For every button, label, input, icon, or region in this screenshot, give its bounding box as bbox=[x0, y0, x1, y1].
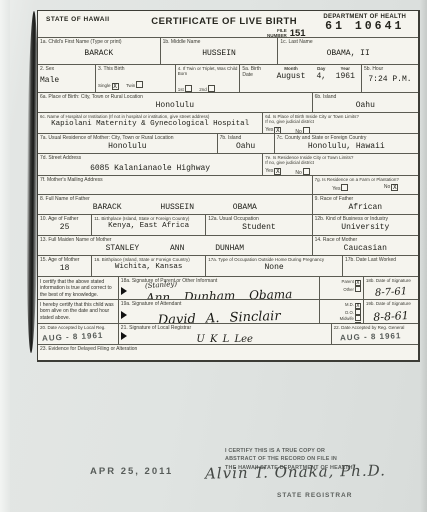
field-label: 7d. Street Address bbox=[40, 155, 260, 161]
field-value: HUSSEIN bbox=[163, 49, 276, 58]
no-checkbox bbox=[303, 168, 310, 175]
field-label: 19a. Signature of Attendant bbox=[121, 301, 317, 307]
field-value: Student bbox=[208, 223, 309, 232]
field-label: 7c. County and State or Foreign Country bbox=[277, 135, 416, 141]
option-label: Other bbox=[343, 323, 353, 324]
year-value: 1961 bbox=[332, 72, 359, 81]
field-mother-maiden-name: 13. Full Maiden Name of Mother STANLEY A… bbox=[38, 236, 312, 255]
field-label: 5b. Hour bbox=[364, 66, 416, 72]
no-label: No bbox=[295, 129, 301, 133]
no-label: No bbox=[384, 184, 390, 190]
field-value: Kapiolani Maternity & Gynecological Hosp… bbox=[40, 120, 260, 128]
field-label: 14. Race of Mother bbox=[315, 237, 416, 243]
field-value: STANLEY ANN DUNHAM bbox=[40, 244, 310, 253]
field-child-first-name: 1a. Child's First Name (Type or print) B… bbox=[38, 38, 160, 64]
no-label: No bbox=[295, 170, 301, 175]
twin-checkbox bbox=[136, 81, 143, 88]
field-mailing-address: 7f. Mother's Mailing Address bbox=[38, 176, 312, 194]
field-label: 6a. Place of Birth: City, Town or Rural … bbox=[40, 94, 310, 100]
option-label: Midwife bbox=[340, 316, 354, 321]
reg-general-date-stamp: AUG - 8 1961 bbox=[339, 331, 416, 343]
field-value: Oahu bbox=[220, 142, 272, 151]
do-checkbox bbox=[355, 309, 361, 315]
yes-label: Yes bbox=[265, 168, 273, 174]
field-local-registrar-signature: 21. Signature of Local Registrar U K L L… bbox=[118, 324, 331, 344]
field-value: Caucasian bbox=[315, 244, 416, 253]
field-label: 15. Age of Mother bbox=[40, 257, 89, 263]
field-label: 12a. Usual Occupation bbox=[208, 216, 309, 222]
option-label: Other bbox=[343, 287, 353, 292]
field-middle-name: 1b. Middle Name HUSSEIN bbox=[160, 38, 278, 64]
field-mother-residence: 7a. Usual Residence of Mother: City, Tow… bbox=[38, 134, 217, 153]
certificate-title: CERTIFICATE OF LIVE BIRTH bbox=[137, 16, 312, 27]
field-sex: 2. Sex Male bbox=[38, 65, 95, 92]
field-label: 1b. Middle Name bbox=[163, 39, 276, 45]
field-value: OBAMA, II bbox=[280, 49, 416, 58]
no-option: NoX bbox=[384, 184, 398, 192]
yes-checkbox bbox=[341, 184, 348, 191]
field-value: 25 bbox=[40, 223, 89, 232]
field-label: 12b. Kind of Business or Industry bbox=[315, 216, 416, 222]
certificate-form: STATE OF HAWAII CERTIFICATE OF LIVE BIRT… bbox=[37, 10, 420, 362]
attendant-certify-text: I hereby certify that this child was bor… bbox=[38, 300, 118, 323]
first-checkbox bbox=[185, 85, 192, 92]
row-mother-name: 13. Full Maiden Name of Mother STANLEY A… bbox=[38, 235, 418, 255]
field-father-birthplace: 11. Birthplace (Island, State or Foreign… bbox=[91, 215, 205, 235]
field-label: 3. This Birth bbox=[98, 66, 173, 72]
form-header: STATE OF HAWAII CERTIFICATE OF LIVE BIRT… bbox=[38, 11, 418, 37]
row-informant-signature: I certify that the above stated informat… bbox=[38, 276, 418, 299]
month-value: August bbox=[271, 72, 311, 81]
field-sublabel: If no, give judicial district bbox=[265, 119, 416, 124]
option-md: M.D.X bbox=[345, 302, 361, 309]
field-value: 7:24 P.M. bbox=[364, 75, 416, 84]
yes-option: Yes bbox=[332, 184, 348, 192]
field-label: 6c. Name of Hospital or Institution (If … bbox=[40, 114, 260, 119]
field-father-name: 8. Full Name of Father BARACK HUSSEIN OB… bbox=[38, 195, 312, 214]
field-birth-date: 5a. Birth Date Month August Day 4, Year … bbox=[239, 65, 361, 92]
field-hospital: 6c. Name of Hospital or Institution (If … bbox=[38, 113, 262, 133]
other-checkbox bbox=[355, 286, 361, 292]
row-attendant-signature: I hereby certify that this child was bor… bbox=[38, 299, 418, 323]
option-label: Parent bbox=[342, 279, 354, 284]
certificate-number: 61 10641 bbox=[312, 20, 418, 33]
day-value: 4, bbox=[311, 72, 332, 81]
option-other: Other bbox=[343, 286, 360, 292]
yes-checkbox: X bbox=[274, 127, 281, 133]
option-twin: Twin bbox=[126, 83, 143, 88]
year-label: Year bbox=[332, 66, 359, 71]
birth-certificate-photo: STATE OF HAWAII CERTIFICATE OF LIVE BIRT… bbox=[0, 0, 427, 512]
row-mailing-address: 7f. Mother's Mailing Address 7g. Is Resi… bbox=[38, 175, 418, 194]
field-label: 8. Full Name of Father bbox=[40, 196, 310, 202]
no-checkbox: X bbox=[391, 184, 398, 191]
field-value: Honolulu, Hawaii bbox=[277, 142, 416, 151]
field-informant-date: 18b. Date of Signature 8-7-61 bbox=[363, 277, 418, 299]
field-value: BARACK HUSSEIN OBAMA bbox=[40, 203, 310, 212]
field-informant-signature: 18a. Signature of Parent or Other Inform… bbox=[118, 277, 319, 299]
yes-checkbox: X bbox=[274, 168, 281, 175]
field-date-last-worked: 17b. Date Last Worked bbox=[342, 256, 418, 276]
month-label: Month bbox=[271, 66, 311, 71]
field-birth-inside-limits: 6d. Is Place of Birth Inside City or Tow… bbox=[262, 113, 418, 133]
field-mother-race: 14. Race of Mother Caucasian bbox=[312, 236, 418, 255]
field-father-occupation: 12a. Usual Occupation Student bbox=[205, 215, 311, 235]
field-label: 10. Age of Father bbox=[40, 216, 89, 222]
local-reg-date-stamp: AUG - 8 1961 bbox=[42, 330, 116, 343]
row-hospital: 6c. Name of Hospital or Institution (If … bbox=[38, 112, 418, 133]
field-local-reg-date: 20. Date Accepted by Local Reg. AUG - 8 … bbox=[38, 324, 118, 344]
field-value: BARACK bbox=[40, 49, 158, 58]
field-value: Wichita, Kansas bbox=[94, 263, 203, 271]
field-label: 22. Date Accepted by Reg. General bbox=[334, 325, 416, 330]
field-label: 16. Birthplace (Island, State or Foreign… bbox=[94, 257, 203, 262]
row-place-of-birth: 6a. Place of Birth: City, Town or Rural … bbox=[38, 92, 418, 112]
field-label: 7a. Usual Residence of Mother: City, Tow… bbox=[40, 135, 215, 141]
field-value: African bbox=[315, 203, 416, 212]
attendant-type-options: M.D.X D.O. Midwife Other bbox=[319, 300, 363, 323]
midwife-checkbox bbox=[355, 315, 361, 321]
field-label: 17a. Type of Occupation Outside Home Dur… bbox=[208, 257, 340, 262]
signature-arrow-icon bbox=[121, 332, 127, 340]
field-label: 5a. Birth Date bbox=[242, 66, 271, 81]
row-mother-residence: 7a. Usual Residence of Mother: City, Tow… bbox=[38, 133, 418, 153]
field-farm-plantation: 7g. Is Residence on a Farm or Plantation… bbox=[312, 176, 418, 194]
field-sublabel: If no, give judicial district bbox=[265, 160, 416, 165]
field-label: 23. Evidence for Delayed Filing or Alter… bbox=[40, 346, 416, 352]
certification-line: I CERTIFY THIS IS A TRUE COPY OR bbox=[225, 447, 405, 455]
state-registrar-signature: Alvin T. Onaka, Ph.D. bbox=[205, 461, 386, 482]
attendant-signature-value: David A. Sinclair bbox=[121, 308, 318, 323]
informant-type-options: ParentX Other bbox=[319, 277, 363, 299]
row-street-address: 7d. Street Address 6085 Kalanianaole Hig… bbox=[38, 153, 418, 175]
twin-order-options: 1st 2nd 3rd bbox=[178, 78, 238, 92]
no-option: No bbox=[295, 168, 309, 175]
field-place-of-birth: 6a. Place of Birth: City, Town or Rural … bbox=[38, 93, 312, 112]
field-evidence: 23. Evidence for Delayed Filing or Alter… bbox=[38, 345, 418, 363]
row-evidence: 23. Evidence for Delayed Filing or Alter… bbox=[38, 344, 418, 363]
row-father-details: 10. Age of Father 25 11. Birthplace (Isl… bbox=[38, 214, 418, 235]
field-value: Male bbox=[40, 76, 93, 85]
single-checkbox: X bbox=[112, 83, 119, 90]
attendant-date-value: 8-8-61 bbox=[366, 309, 417, 323]
yes-option: YesX bbox=[265, 168, 281, 175]
field-father-age: 10. Age of Father 25 bbox=[38, 215, 91, 235]
field-label: 1c. Last Name bbox=[280, 39, 416, 45]
option-2nd: 2nd bbox=[199, 87, 215, 92]
field-label: 2. Sex bbox=[40, 66, 93, 72]
field-label: 7f. Mother's Mailing Address bbox=[40, 177, 310, 183]
state-label: STATE OF HAWAII bbox=[38, 11, 137, 37]
field-mother-occupation: 17a. Type of Occupation Outside Home Dur… bbox=[205, 256, 342, 276]
field-value: 6085 Kalanianaole Highway bbox=[40, 164, 260, 173]
field-label: 7b. Island bbox=[220, 135, 272, 141]
field-label: 7g. Is Residence on a Farm or Plantation… bbox=[315, 177, 416, 182]
yes-no-group: YesX No bbox=[265, 127, 416, 133]
field-label: 17b. Date Last Worked bbox=[345, 257, 416, 263]
signature-annotation: (Stanley) bbox=[145, 280, 178, 290]
field-label: 4. If Twin or Triplet, Was Child Born bbox=[178, 66, 238, 77]
option-label: M.D. bbox=[345, 302, 354, 307]
field-label: 18b. Date of Signature bbox=[366, 278, 416, 283]
row-registrar: 20. Date Accepted by Local Reg. AUG - 8 … bbox=[38, 323, 418, 344]
row-father-name: 8. Full Name of Father BARACK HUSSEIN OB… bbox=[38, 194, 418, 214]
no-option: No bbox=[295, 127, 309, 133]
option-single: SingleX bbox=[98, 83, 119, 88]
field-value: Honolulu bbox=[40, 142, 215, 151]
informant-certify-text: I certify that the above stated informat… bbox=[38, 277, 118, 299]
birth-date-grid: 5a. Birth Date Month August Day 4, Year … bbox=[242, 66, 359, 81]
second-checkbox bbox=[208, 85, 215, 92]
yes-no-group: Yes NoX bbox=[315, 184, 416, 192]
paper-left-edge bbox=[0, 0, 10, 512]
yes-no-group: YesX No bbox=[265, 168, 416, 175]
option-label: Twin bbox=[126, 83, 135, 88]
field-label: 6b. Island bbox=[315, 94, 416, 100]
yes-label: Yes bbox=[332, 186, 340, 192]
field-mother-age: 15. Age of Mother 18 bbox=[38, 256, 91, 276]
field-label: 21. Signature of Local Registrar bbox=[121, 325, 329, 331]
field-county-state: 7c. County and State or Foreign Country … bbox=[274, 134, 418, 153]
field-last-name: 1c. Last Name OBAMA, II bbox=[277, 38, 418, 64]
field-label: 9. Race of Father bbox=[315, 196, 416, 202]
field-value: None bbox=[208, 263, 340, 272]
field-father-industry: 12b. Kind of Business or Industry Univer… bbox=[312, 215, 418, 235]
birth-year: Year 1961 bbox=[332, 66, 359, 81]
field-this-birth: 3. This Birth SingleX Twin Triplet bbox=[95, 65, 175, 92]
row-child-name: 1a. Child's First Name (Type or print) B… bbox=[38, 37, 418, 64]
birth-day: Day 4, bbox=[311, 66, 332, 81]
row-sex-birthdate: 2. Sex Male 3. This Birth SingleX Twin T… bbox=[38, 64, 418, 92]
field-attendant-signature: 19a. Signature of Attendant David A. Sin… bbox=[118, 300, 319, 323]
field-value: Honolulu bbox=[40, 101, 310, 110]
option-parent: ParentX bbox=[342, 279, 361, 286]
header-right: DEPARTMENT OF HEALTH 61 10641 bbox=[312, 11, 418, 37]
field-value: Oahu bbox=[315, 101, 416, 110]
field-label: 13. Full Maiden Name of Mother bbox=[40, 237, 310, 243]
yes-label: Yes bbox=[265, 127, 273, 133]
yes-option: YesX bbox=[265, 127, 281, 133]
option-label: Single bbox=[98, 83, 111, 88]
informant-date-value: 8-7-61 bbox=[366, 286, 417, 299]
option-label: D.O. bbox=[345, 310, 354, 315]
field-value: University bbox=[315, 223, 416, 232]
field-residence-inside-limits: 7e. Is Residence Inside City or Town Lim… bbox=[262, 154, 418, 175]
field-hour: 5b. Hour 7:24 P.M. bbox=[361, 65, 418, 92]
field-label: 19b. Date of Signature bbox=[366, 301, 416, 306]
field-twin-order: 4. If Twin or Triplet, Was Child Born 1s… bbox=[175, 65, 240, 92]
header-center: CERTIFICATE OF LIVE BIRTH FILE NUMBER 15… bbox=[137, 11, 312, 37]
field-label: 20. Date Accepted by Local Reg. bbox=[40, 325, 116, 330]
other-checkbox bbox=[355, 322, 361, 324]
field-mother-birthplace: 16. Birthplace (Island, State or Foreign… bbox=[91, 256, 205, 276]
row-mother-details: 15. Age of Mother 18 16. Birthplace (Isl… bbox=[38, 255, 418, 276]
received-date-stamp: APR 25, 2011 bbox=[90, 466, 173, 477]
day-label: Day bbox=[311, 66, 332, 71]
field-attendant-date: 19b. Date of Signature 8-8-61 bbox=[363, 300, 418, 323]
field-reg-general-date: 22. Date Accepted by Reg. General AUG - … bbox=[331, 324, 418, 344]
state-registrar-title: STATE REGISTRAR bbox=[277, 492, 352, 499]
this-birth-options: SingleX Twin Triplet bbox=[98, 74, 173, 92]
birth-month: Month August bbox=[271, 66, 311, 81]
option-other: Other bbox=[343, 322, 360, 324]
field-label: 1a. Child's First Name (Type or print) bbox=[40, 39, 158, 45]
field-value: Kenya, East Africa bbox=[94, 222, 203, 230]
option-1st: 1st bbox=[178, 87, 192, 92]
option-label: 2nd bbox=[199, 87, 207, 92]
field-label: 11. Birthplace (Island, State or Foreign… bbox=[94, 216, 203, 221]
field-residence-island: 7b. Island Oahu bbox=[217, 134, 274, 153]
field-father-race: 9. Race of Father African bbox=[312, 195, 418, 214]
no-checkbox bbox=[303, 127, 310, 133]
option-label: 1st bbox=[178, 87, 184, 92]
registrar-signature-value: U K L Lee bbox=[121, 334, 329, 344]
field-value: 18 bbox=[40, 264, 89, 273]
field-street-address: 7d. Street Address 6085 Kalanianaole Hig… bbox=[38, 154, 262, 175]
paper-right-edge bbox=[420, 0, 427, 512]
field-island: 6b. Island Oahu bbox=[312, 93, 418, 112]
